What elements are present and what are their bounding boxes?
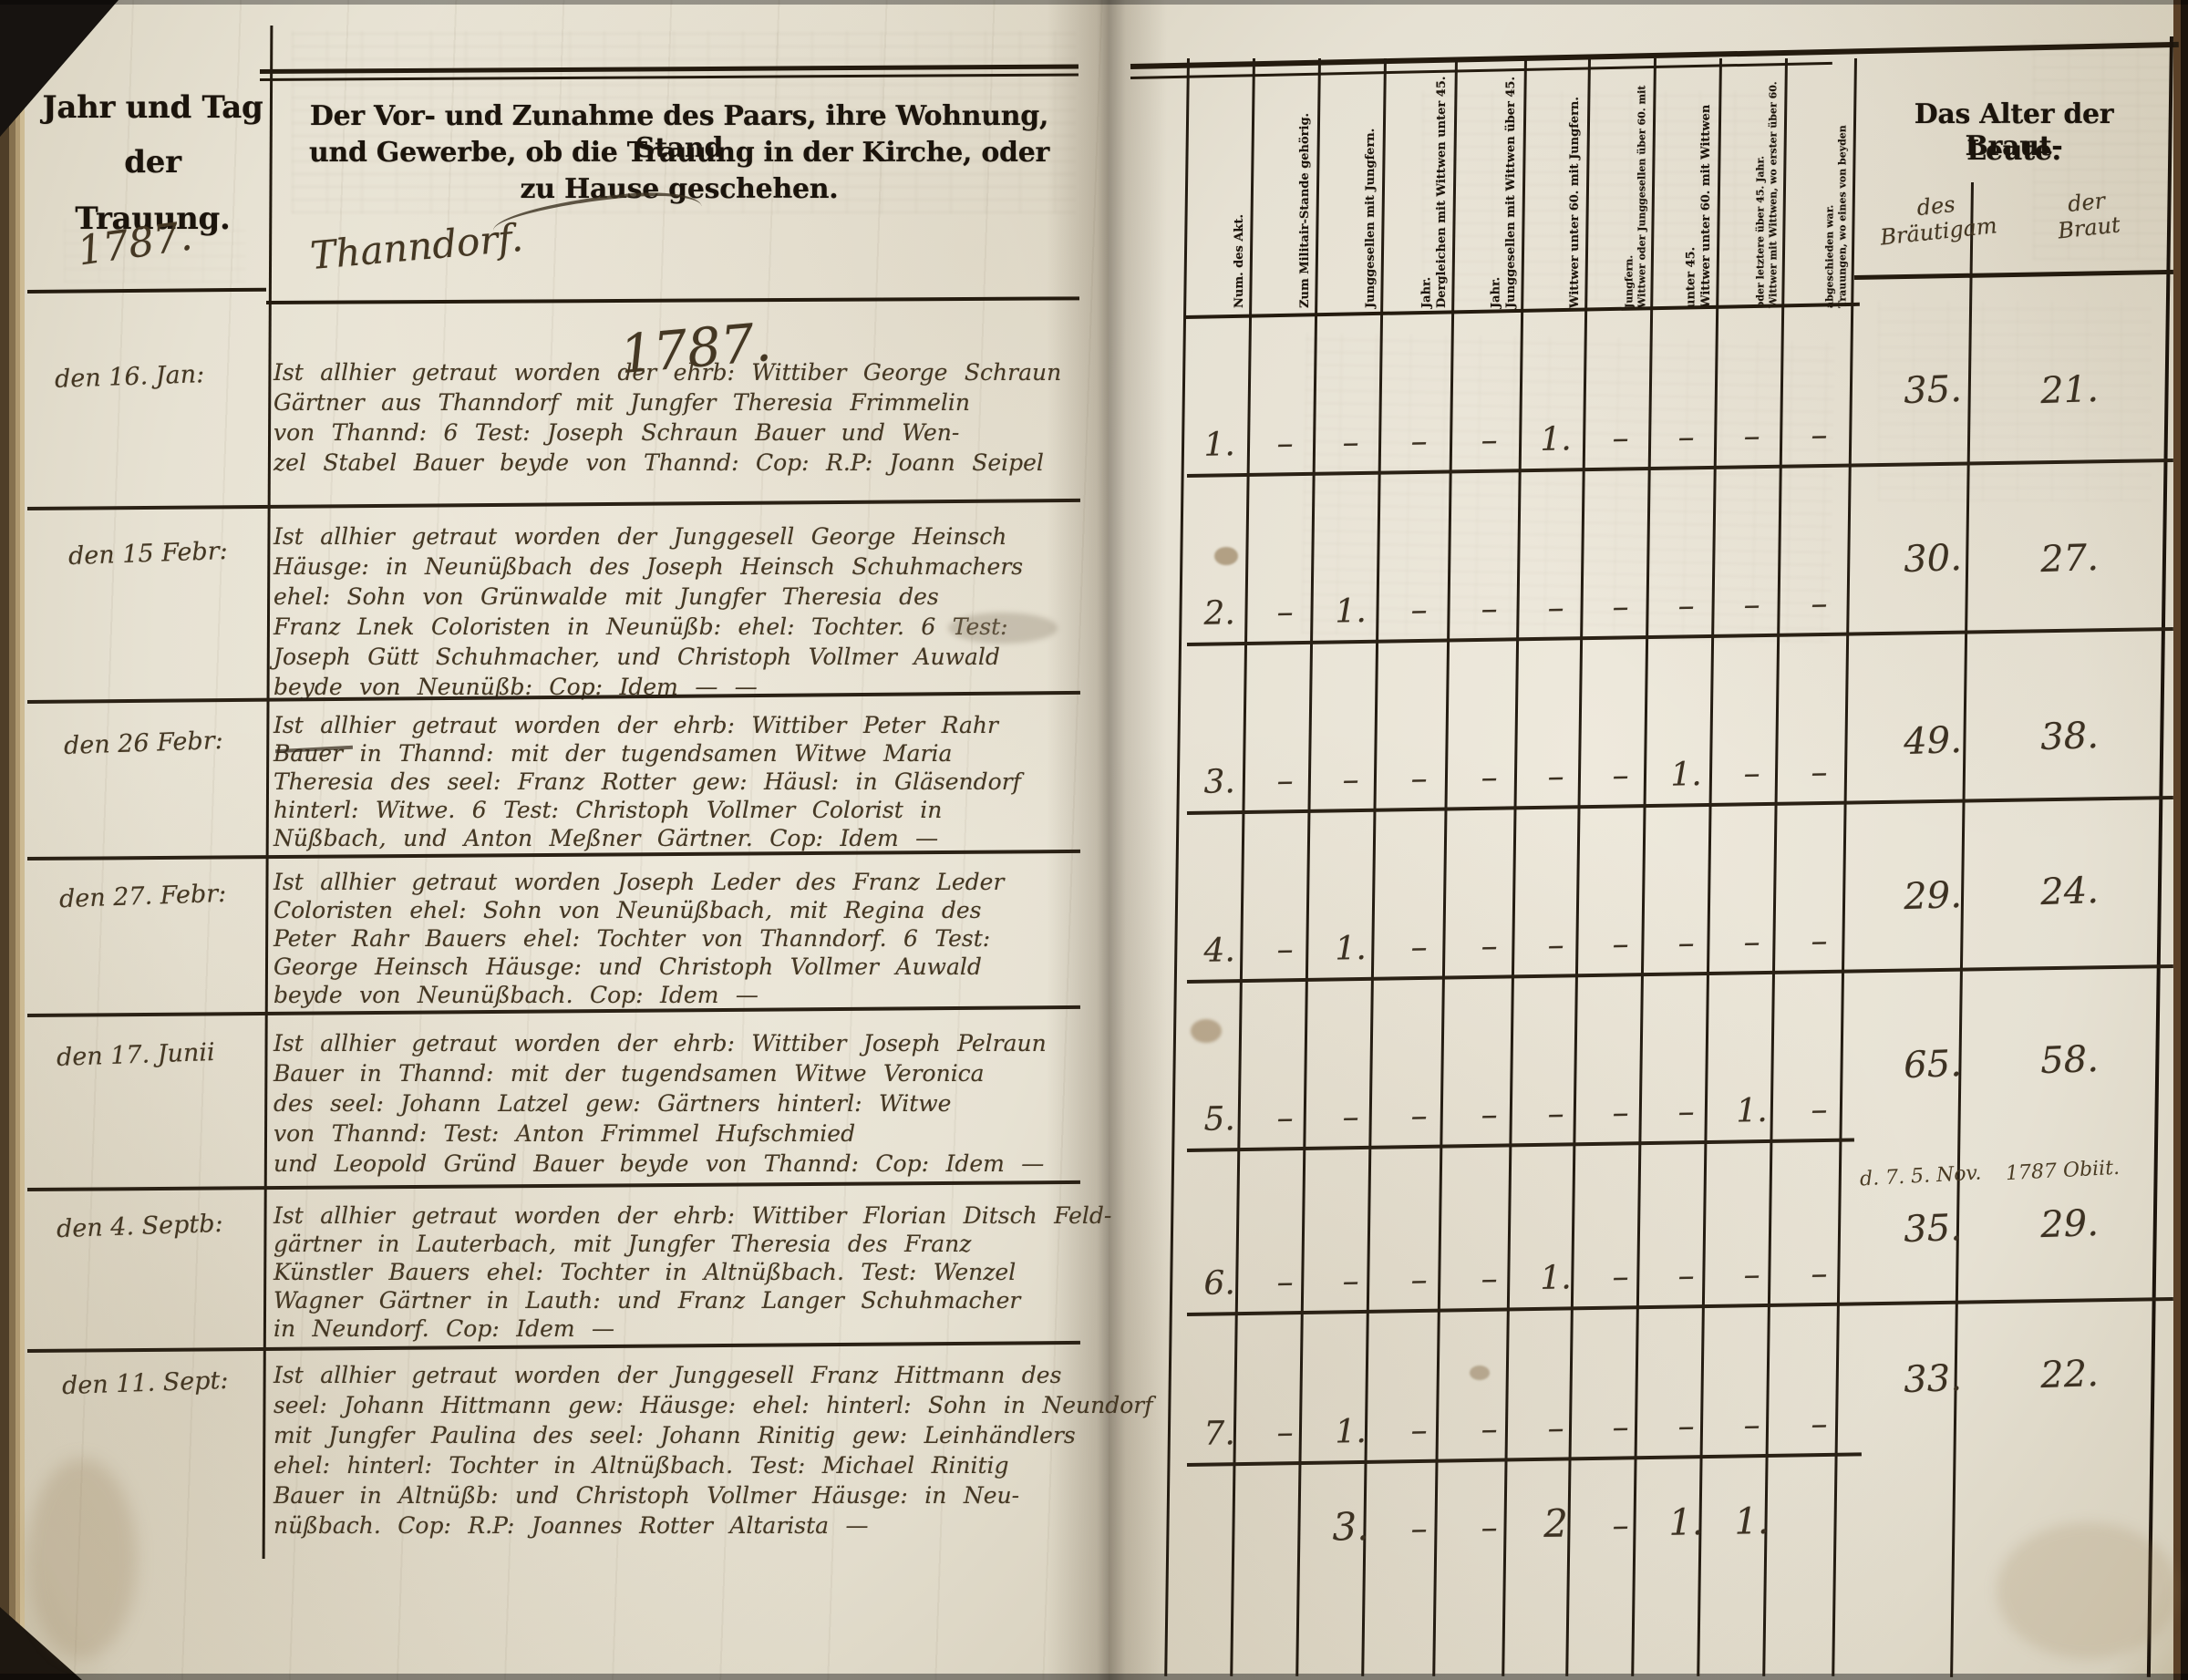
entry-text-line: des seel: Johann Latzel gew: Gärtners hi… [273, 1088, 1047, 1118]
main-column-title: und Gewerbe, ob die Trauung in der Kirch… [278, 137, 1080, 169]
table-cell: 1. [1317, 930, 1384, 974]
groom-age: 35. [1877, 367, 1988, 413]
table-cell: – [1317, 1098, 1384, 1142]
table-cell: – [1252, 425, 1318, 469]
entry-text-line: George Heinsch Häusge: und Christoph Vol… [273, 953, 1004, 981]
groom-age: 49. [1877, 718, 1988, 764]
page-stack-edge [9, 0, 15, 1680]
entry-date: den 27. Febr: [59, 880, 227, 913]
table-cell: – [1252, 1099, 1318, 1143]
entry-text-line: Bauer in Thannd: mit der tugendsamen Wit… [273, 1058, 1047, 1088]
table-total-cell: 3. [1317, 1504, 1384, 1555]
groom-age: 30. [1877, 536, 1988, 582]
page-edge-shadow [0, 0, 2188, 5]
bride-age: 58. [2014, 1037, 2125, 1083]
table-cell: – [1252, 1414, 1318, 1458]
table-cell: – [1523, 926, 1588, 970]
table-cell: – [1784, 1255, 1854, 1299]
entry-text-line: Wagner Gärtner in Lauth: und Franz Lange… [273, 1286, 1111, 1314]
entry-text-line: zel Stabel Bauer beyde von Thannd: Cop: … [273, 448, 1061, 478]
table-cell: – [1587, 1258, 1654, 1302]
table-column-header: Junggesellen mit Wittwen über 45. Jahr. [1460, 71, 1519, 308]
entry-text: Ist allhier getraut worden der ehrb: Wit… [273, 1028, 1047, 1179]
table-cell: – [1653, 1093, 1719, 1137]
entry-date: den 17. Junii [57, 1038, 216, 1072]
table-column-header: Wittwer unter 60. mit Jungfern. [1530, 71, 1583, 308]
table-cell-num: 6. [1186, 1264, 1253, 1308]
table-cell: – [1587, 1094, 1654, 1138]
table-column-header: Trauungen, wo eines von beyden abgeschie… [1791, 71, 1849, 308]
entry-text-line: seel: Johann Hittmann gew: Häusge: ehel:… [273, 1390, 1152, 1420]
bride-age: 21. [2014, 367, 2125, 413]
entry-date: den 26 Febr: [64, 727, 224, 760]
table-cell: – [1454, 927, 1524, 971]
table-cell: – [1383, 928, 1455, 972]
entry-text-line: Franz Lnek Coloristen in Neunüßb: ehel: … [273, 612, 1023, 642]
table-cell: – [1587, 925, 1654, 969]
table-cell: 1. [1653, 756, 1719, 799]
entry-text-line: Bauer in Altnüßb: und Christoph Vollmer … [273, 1480, 1152, 1510]
book-spine-edge [0, 0, 9, 1680]
entry-text-line: beyde von Neunüßbach. Cop: Idem — [273, 981, 1004, 1009]
table-cell: – [1383, 591, 1455, 634]
table-cell: – [1317, 1263, 1384, 1306]
table-column-header: Junggesellen mit Jungfern. [1324, 71, 1378, 308]
table-cell: – [1718, 923, 1785, 967]
table-cell: – [1718, 417, 1785, 461]
register-book-photo: Jahr und Tag der Trauung. Der Vor- und Z… [0, 0, 2188, 1680]
age-section-title: Leute. [1863, 135, 2164, 167]
entry-text-line: und Leopold Gründ Bauer beyde von Thannd… [273, 1149, 1047, 1179]
table-cell-num: 1. [1186, 426, 1253, 469]
table-cell: – [1784, 1406, 1854, 1449]
bride-age: 27. [2014, 536, 2125, 582]
table-total-cell: 2 [1523, 1500, 1588, 1551]
entry-text-line: Ist allhier getraut worden der Junggesel… [273, 521, 1023, 551]
table-total-cell: – [1587, 1507, 1654, 1551]
table-total-cell: – [1454, 1509, 1524, 1552]
table-cell: – [1784, 417, 1854, 460]
entry-date: den 16. Jan: [55, 360, 205, 394]
table-row-marks: 2. – 1. – – – – – – – [1186, 564, 1854, 638]
table-cell: – [1383, 1261, 1455, 1304]
entry-date: den 15 Febr: [68, 537, 229, 571]
entry-text-line: in Neundorf. Cop: Idem — [273, 1314, 1111, 1343]
bride-age: 24. [2014, 869, 2125, 914]
table-cell: 1. [1718, 1092, 1785, 1136]
bride-age: 38. [2014, 714, 2125, 759]
table-cell: – [1317, 761, 1384, 805]
table-cell-num: 2. [1186, 594, 1253, 638]
table-row-marks: 3. – – – – – – 1. – – [1186, 733, 1854, 807]
table-cell: – [1653, 587, 1719, 631]
table-cell: 1. [1523, 420, 1588, 464]
table-cell: – [1718, 1407, 1785, 1450]
entry-text: Ist allhier getraut worden der Junggesel… [273, 1360, 1152, 1541]
entry-text-line: Ist allhier getraut worden Joseph Leder … [273, 868, 1004, 896]
table-column-header: Num. des Akt. [1194, 71, 1247, 308]
table-cell: – [1718, 755, 1785, 799]
table-row-marks: 6. – – – – 1. – – – – [1186, 1234, 1854, 1308]
table-cell: – [1784, 1091, 1854, 1135]
entry-text-line: Bauer in Thannd: mit der tugendsamen Wit… [273, 739, 1021, 768]
table-cell: 1. [1317, 1413, 1384, 1457]
entry-text-line: von Thannd: Test: Anton Frimmel Hufschmi… [273, 1118, 1047, 1149]
entry-text-line: Nüßbach, und Anton Meßner Gärtner. Cop: … [273, 824, 1021, 852]
table-row-marks: 4. – 1. – – – – – – – [1186, 902, 1854, 975]
table-column-header: Wittwer mit Wittwen, wo erster über 60. … [1725, 71, 1780, 308]
table-cell: – [1454, 421, 1524, 465]
table-column-header: Zum Militair-Stande gehörig. [1258, 71, 1313, 308]
page-edge-shadow [0, 1674, 2188, 1680]
entry-text-line: Peter Rahr Bauers ehel: Tochter von Than… [273, 924, 1004, 953]
table-cell: – [1523, 1409, 1588, 1453]
table-cell: – [1383, 1411, 1455, 1455]
entry-text-line: Häusge: in Neunüßbach des Joseph Heinsch… [273, 551, 1023, 582]
table-total-cell: 1. [1653, 1501, 1719, 1550]
table-cell: – [1252, 762, 1318, 806]
table-cell: – [1653, 418, 1719, 462]
entry-text-line: Ist allhier getraut worden der ehrb: Wit… [273, 1028, 1047, 1058]
table-cell-num: 3. [1186, 763, 1253, 807]
table-cell: – [1653, 1407, 1719, 1451]
groom-age: 33. [1877, 1356, 1988, 1402]
table-cell: – [1653, 1257, 1719, 1301]
table-cell: – [1718, 586, 1785, 630]
entry-text-line: Coloristen ehel: Sohn von Neunüßbach, mi… [273, 896, 1004, 924]
table-row-marks: 7. – 1. – – – – – – – [1186, 1385, 1854, 1458]
table-cell: – [1454, 590, 1524, 634]
table-cell: – [1383, 759, 1455, 803]
entry-date: den 4. Septb: [57, 1210, 224, 1243]
table-cell: – [1454, 1260, 1524, 1304]
table-cell: – [1718, 1256, 1785, 1300]
table-total-cell: 1. [1718, 1500, 1785, 1549]
entry-text-line: Gärtner aus Thanndorf mit Jungfer Theres… [273, 387, 1061, 417]
entry-text: Ist allhier getraut worden Joseph Leder … [273, 868, 1004, 1009]
table-cell: – [1653, 924, 1719, 968]
table-cell: – [1587, 588, 1654, 632]
table-cell-num: 7. [1186, 1415, 1253, 1458]
table-column-header: Wittwer unter 60. mit Wittwen unter 45. [1659, 71, 1714, 308]
entry-date: den 11. Sept: [62, 1366, 229, 1400]
table-cell: – [1523, 589, 1588, 633]
entry-text-line: Ist allhier getraut worden der ehrb: Wit… [273, 357, 1061, 387]
table-total-cell: – [1383, 1510, 1455, 1553]
entry-text-line: Ist allhier getraut worden der ehrb: Wit… [273, 711, 1021, 739]
table-total-cell [1785, 1541, 1854, 1548]
entry-text-line: hinterl: Witwe. 6 Test: Christoph Vollme… [273, 796, 1021, 824]
table-cell: – [1784, 922, 1854, 966]
table-cell: – [1587, 757, 1654, 800]
table-cell: – [1784, 585, 1854, 629]
entry-text-line: Joseph Gütt Schuhmacher, und Christoph V… [273, 642, 1023, 672]
table-cell-num: 5. [1186, 1100, 1253, 1144]
bride-age: 29. [2014, 1201, 2125, 1247]
table-cell: – [1523, 1095, 1588, 1139]
entry-text-line: von Thannd: 6 Test: Joseph Schraun Bauer… [273, 417, 1061, 448]
entry-text-line: nüßbach. Cop: R.P: Joannes Rotter Altari… [273, 1510, 1152, 1541]
table-cell: – [1523, 758, 1588, 801]
table-cell: – [1252, 931, 1318, 974]
table-cell: – [1454, 1410, 1524, 1454]
date-column-title: der [41, 144, 264, 180]
table-cell: – [1252, 593, 1318, 637]
page-stack-edge [2173, 0, 2181, 1680]
table-cell: – [1252, 1263, 1318, 1307]
groom-age: 65. [1877, 1042, 1988, 1087]
table-cell: 1. [1523, 1259, 1588, 1303]
entry-text: Ist allhier getraut worden der ehrb: Wit… [273, 711, 1021, 852]
table-row-marks: 1. – – – – 1. – – – – [1186, 396, 1854, 469]
date-column-title: Jahr und Tag [41, 89, 264, 126]
table-cell: – [1784, 754, 1854, 798]
table-cell: 1. [1317, 593, 1384, 636]
table-column-header: Wittwer oder Junggesellen über 60. mit J… [1594, 71, 1648, 308]
table-cell-num: 4. [1186, 932, 1253, 975]
entry-text-line: Künstler Bauers ehel: Tochter in Altnüßb… [273, 1258, 1111, 1286]
entry-text-line: mit Jungfer Paulina des seel: Johann Rin… [273, 1420, 1152, 1450]
table-total-cell [1187, 1551, 1253, 1557]
table-column-header: Dergleichen mit Wittwen unter 45. Jahr. [1389, 71, 1450, 308]
entry-text: Ist allhier getraut worden der ehrb: Wit… [273, 1201, 1111, 1343]
table-cell: – [1454, 1096, 1524, 1139]
entry-text: Ist allhier getraut worden der Junggesel… [273, 521, 1023, 702]
table-cell: – [1383, 422, 1455, 466]
groom-age: 35. [1877, 1206, 1988, 1252]
entry-text-line: Theresia des seel: Franz Rotter gew: Häu… [273, 768, 1021, 796]
entry-text-line: Ist allhier getraut worden der ehrb: Wit… [273, 1201, 1111, 1230]
table-cell: – [1454, 758, 1524, 802]
bride-age: 22. [2014, 1352, 2125, 1397]
entry-text-line: Ist allhier getraut worden der Junggesel… [273, 1360, 1152, 1390]
table-total-cell [1253, 1550, 1318, 1556]
entry-text-line: ehel: hinterl: Tochter in Altnüßbach. Te… [273, 1450, 1152, 1480]
groom-age: 29. [1877, 873, 1988, 919]
entry-text: Ist allhier getraut worden der ehrb: Wit… [273, 357, 1061, 478]
table-totals-row: 3. – – 2 – 1. 1. [1186, 1474, 1854, 1557]
table-cell: – [1587, 1408, 1654, 1452]
entry-text-line: gärtner in Lauterbach, mit Jungfer There… [273, 1230, 1111, 1258]
table-cell: – [1587, 419, 1654, 463]
table-row-marks: 5. – – – – – – – 1. – [1186, 1070, 1854, 1144]
book-cover-edge [2181, 0, 2188, 1680]
table-cell: – [1317, 424, 1384, 468]
entry-text-line: ehel: Sohn von Grünwalde mit Jungfer The… [273, 582, 1023, 612]
table-cell: – [1383, 1097, 1455, 1140]
